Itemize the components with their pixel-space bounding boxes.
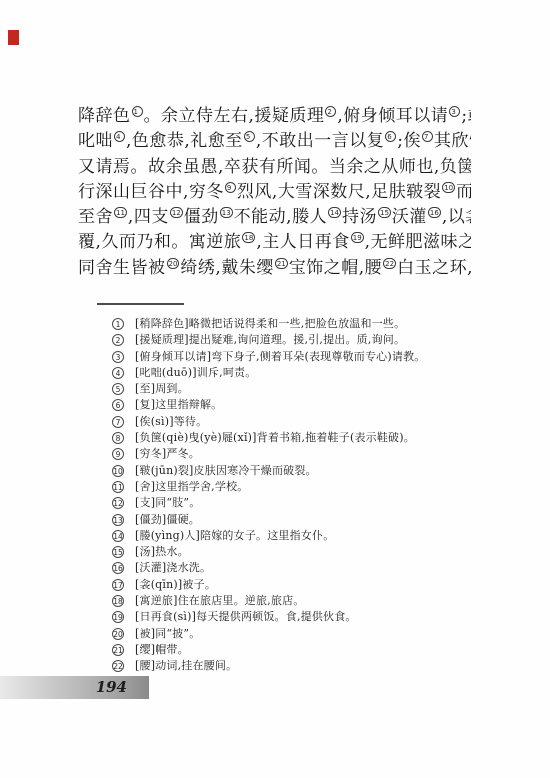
annotation-definition: 陪嫁的女子。这里指女仆。 (200, 529, 334, 542)
text-line: 降辞色1。余立侍左右,援疑质理2,俯身倾耳以请3;或遇其 (78, 104, 471, 129)
annotation-term: [媵(yìng)人] (135, 529, 200, 542)
annotation-item: 12[支]同“肢”。 (112, 496, 512, 512)
annotation-definition: 热水。 (155, 545, 189, 558)
annotation-definition: 每天提供两顿饭。食,提供伙食。 (196, 610, 357, 623)
annotation-ref-marker: 2 (325, 106, 336, 117)
annotation-number: 17 (112, 579, 124, 591)
annotation-number: 19 (112, 611, 124, 623)
annotation-number: 5 (112, 383, 124, 395)
annotation-definition: 训斥,呵责。 (197, 366, 257, 379)
annotation-term: [俟(sì)] (135, 415, 174, 428)
annotation-number: 6 (112, 399, 124, 411)
annotation-definition: 动词,挂在腰间。 (155, 659, 237, 672)
text-line: 覆,久而乃和。寓逆旅18,主人日再食19,无鲜肥滋味之享。 (78, 230, 471, 255)
annotation-text: [日再食(sì)]每天提供两顿饭。食,提供伙食。 (135, 610, 357, 624)
annotation-number: 7 (112, 416, 124, 428)
annotation-definition: 提出疑难,询问道理。援,引,提出。质,询问。 (189, 333, 405, 346)
annotation-definition: 被子。 (182, 578, 216, 591)
annotation-number: 20 (112, 628, 124, 640)
annotation-text: [负箧(qiè)曳(yè)屣(xǐ)]背着书箱,拖着鞋子(表示鞋破)。 (135, 431, 415, 445)
annotation-ref-marker: 12 (170, 207, 183, 218)
annotation-ref-marker: 10 (442, 182, 455, 193)
annotation-ref-marker: 16 (428, 207, 441, 218)
annotation-text: [稍降辞色]略微把话说得柔和一些,把脸色放温和一些。 (135, 317, 405, 331)
annotation-text: [衾(qīn)]被子。 (135, 578, 216, 592)
annotation-term: [穷冬] (135, 447, 166, 460)
annotation-item: 2[援疑质理]提出疑难,询问道理。援,引,提出。质,询问。 (112, 333, 512, 349)
main-text-block: 降辞色1。余立侍左右,援疑质理2,俯身倾耳以请3;或遇其叱咄4,色愈恭,礼愈至5… (78, 104, 471, 281)
annotation-definition: 略微把话说得柔和一些,把脸色放温和一些。 (189, 317, 406, 330)
annotation-definition: 同“肢”。 (155, 496, 200, 509)
annotation-item: 13[僵劲]僵硬。 (112, 513, 512, 529)
annotation-item: 5[至]周到。 (112, 382, 512, 398)
annotation-item: 6[复]这里指辩解。 (112, 398, 512, 414)
annotation-term: [汤] (135, 545, 155, 558)
annotation-ref-marker: 11 (114, 207, 127, 218)
annotation-number: 3 (112, 351, 124, 363)
annotation-definition: 背着书箱,拖着鞋子(表示鞋破)。 (257, 431, 415, 444)
annotation-text: [缨]帽带。 (135, 643, 189, 657)
annotation-item: 20[被]同“披”。 (112, 627, 512, 643)
annotation-term: [复] (135, 398, 155, 411)
text-line: 行深山巨谷中,穷冬9烈风,大雪深数尺,足肤皲裂10而不知。 (78, 180, 471, 205)
textbook-page: 降辞色1。余立侍左右,援疑质理2,俯身倾耳以请3;或遇其叱咄4,色愈恭,礼愈至5… (0, 0, 550, 778)
annotation-text: [援疑质理]提出疑难,询问道理。援,引,提出。质,询问。 (135, 333, 405, 347)
annotation-term: [稍降辞色] (135, 317, 189, 330)
annotation-number: 10 (112, 465, 124, 477)
annotation-term: [寓逆旅] (135, 594, 178, 607)
annotation-term: [皲(jūn)裂] (135, 464, 194, 477)
annotation-term: [僵劲] (135, 513, 166, 526)
annotation-definition: 住在旅店里。逆旅,旅店。 (178, 594, 305, 607)
annotation-text: [被]同“披”。 (135, 627, 200, 641)
annotation-text: [腰]动词,挂在腰间。 (135, 659, 237, 673)
annotation-item: 21[缨]帽带。 (112, 643, 512, 659)
annotation-item: 17[衾(qīn)]被子。 (112, 578, 512, 594)
annotation-ref-marker: 4 (114, 131, 125, 142)
annotation-text: [至]周到。 (135, 382, 189, 396)
annotation-term: [俯身倾耳以请] (135, 350, 211, 363)
annotation-number: 8 (112, 432, 124, 444)
annotation-ref-marker: 15 (378, 207, 391, 218)
annotation-item: 22[腰]动词,挂在腰间。 (112, 659, 512, 675)
annotation-text: [汤]热水。 (135, 545, 189, 559)
annotation-term: [支] (135, 496, 155, 509)
annotation-number: 12 (112, 497, 124, 509)
annotation-ref-marker: 14 (328, 207, 341, 218)
page-edge-tab (8, 30, 19, 45)
annotation-item: 4[叱咄(duō)]训斥,呵责。 (112, 366, 512, 382)
annotation-ref-marker: 19 (351, 232, 364, 243)
annotation-number: 16 (112, 562, 124, 574)
footnote-divider (97, 303, 184, 305)
annotation-number: 11 (112, 481, 124, 493)
annotation-definition: 弯下身子,侧着耳朵(表现尊敬而专心)请教。 (211, 350, 425, 363)
annotation-text: [沃灌]浇水洗。 (135, 561, 211, 575)
annotation-term: [缨] (135, 643, 155, 656)
annotation-term: [舍] (135, 480, 155, 493)
annotation-term: [衾(qīn)] (135, 578, 182, 591)
annotation-term: [援疑质理] (135, 333, 189, 346)
text-line: 至舍11,四支12僵劲13不能动,媵人14持汤15沃灌16,以衾17拥 (78, 205, 471, 230)
annotation-item: 15[汤]热水。 (112, 545, 512, 561)
annotation-text: [舍]这里指学舍,学校。 (135, 480, 248, 494)
text-line: 又请焉。故余虽愚,卒获有所闻。当余之从师也,负箧曳屣8, (78, 155, 471, 180)
annotation-text: [媵(yìng)人]陪嫁的女子。这里指女仆。 (135, 529, 334, 543)
annotation-ref-marker: 22 (383, 258, 396, 269)
annotation-definition: 这里指辩解。 (155, 398, 222, 411)
annotation-definition: 这里指学舍,学校。 (155, 480, 248, 493)
annotation-item: 10[皲(jūn)裂]皮肤因寒冷干燥而破裂。 (112, 464, 512, 480)
annotation-item: 9[穷冬]严冬。 (112, 447, 512, 463)
annotation-number: 21 (112, 644, 124, 656)
annotation-text: [寓逆旅]住在旅店里。逆旅,旅店。 (135, 594, 305, 608)
annotation-ref-marker: 21 (275, 258, 288, 269)
annotation-text: [穷冬]严冬。 (135, 447, 200, 461)
annotation-text: [复]这里指辩解。 (135, 398, 222, 412)
annotation-number: 2 (112, 334, 124, 346)
annotation-ref-marker: 6 (385, 131, 396, 142)
annotation-ref-marker: 3 (449, 106, 460, 117)
annotation-definition: 等待。 (174, 415, 208, 428)
annotation-text: [俟(sì)]等待。 (135, 415, 207, 429)
annotation-item: 11[舍]这里指学舍,学校。 (112, 480, 512, 496)
annotation-text: [叱咄(duō)]训斥,呵责。 (135, 366, 256, 380)
annotation-ref-marker: 7 (422, 131, 433, 142)
annotation-definition: 严冬。 (166, 447, 200, 460)
annotation-term: [叱咄(duō)] (135, 366, 197, 379)
annotation-number: 13 (112, 514, 124, 526)
text-line: 同舍生皆被20绮绣,戴朱缨21宝饰之帽,腰22白玉之环,左佩 (78, 256, 471, 281)
annotation-number: 1 (112, 318, 124, 330)
page-number: 194 (0, 676, 149, 699)
annotation-definition: 周到。 (155, 382, 189, 395)
annotations-list: 1[稍降辞色]略微把话说得柔和一些,把脸色放温和一些。2[援疑质理]提出疑难,询… (112, 317, 512, 676)
annotation-ref-marker: 20 (167, 258, 180, 269)
annotation-item: 1[稍降辞色]略微把话说得柔和一些,把脸色放温和一些。 (112, 317, 512, 333)
annotation-definition: 皮肤因寒冷干燥而破裂。 (194, 464, 317, 477)
annotation-definition: 帽带。 (155, 643, 189, 656)
annotation-ref-marker: 18 (242, 232, 255, 243)
annotation-term: [日再食(sì)] (135, 610, 196, 623)
annotation-text: [俯身倾耳以请]弯下身子,侧着耳朵(表现尊敬而专心)请教。 (135, 350, 425, 364)
annotation-term: [至] (135, 382, 155, 395)
page-number-bar: 194 (0, 676, 149, 699)
annotation-ref-marker: 13 (220, 207, 233, 218)
annotation-number: 18 (112, 595, 124, 607)
annotation-item: 14[媵(yìng)人]陪嫁的女子。这里指女仆。 (112, 529, 512, 545)
annotation-number: 22 (112, 660, 124, 672)
annotation-text: [皲(jūn)裂]皮肤因寒冷干燥而破裂。 (135, 464, 317, 478)
annotation-definition: 同“披”。 (155, 627, 200, 640)
annotation-ref-marker: 9 (225, 182, 236, 193)
annotation-number: 14 (112, 530, 124, 542)
annotation-term: [腰] (135, 659, 155, 672)
annotation-item: 8[负箧(qiè)曳(yè)屣(xǐ)]背着书箱,拖着鞋子(表示鞋破)。 (112, 431, 512, 447)
annotation-number: 9 (112, 448, 124, 460)
annotation-text: [僵劲]僵硬。 (135, 513, 200, 527)
annotation-number: 15 (112, 546, 124, 558)
annotation-item: 19[日再食(sì)]每天提供两顿饭。食,提供伙食。 (112, 610, 512, 626)
annotation-ref-marker: 1 (132, 106, 143, 117)
annotation-ref-marker: 5 (244, 131, 255, 142)
text-line: 叱咄4,色愈恭,礼愈至5,不敢出一言以复6;俟7其欣悦,则 (78, 129, 471, 154)
annotation-definition: 僵硬。 (166, 513, 200, 526)
annotation-term: [沃灌] (135, 561, 166, 574)
annotation-item: 18[寓逆旅]住在旅店里。逆旅,旅店。 (112, 594, 512, 610)
annotation-definition: 浇水洗。 (166, 561, 211, 574)
annotation-item: 7[俟(sì)]等待。 (112, 415, 512, 431)
annotation-term: [负箧(qiè)曳(yè)屣(xǐ)] (135, 431, 257, 444)
annotation-item: 3[俯身倾耳以请]弯下身子,侧着耳朵(表现尊敬而专心)请教。 (112, 350, 512, 366)
annotation-term: [被] (135, 627, 155, 640)
annotation-number: 4 (112, 367, 124, 379)
annotation-text: [支]同“肢”。 (135, 496, 200, 510)
annotation-item: 16[沃灌]浇水洗。 (112, 561, 512, 577)
